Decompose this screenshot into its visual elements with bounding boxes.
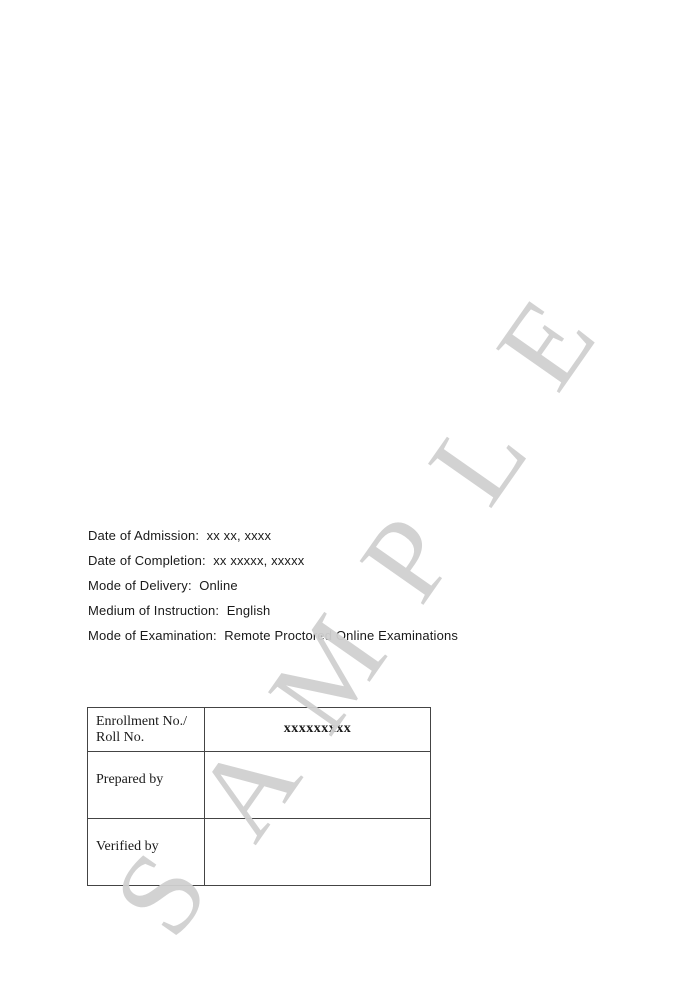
table-row-prepared-by: Prepared by bbox=[88, 752, 431, 819]
detail-date-of-completion: Date of Completion: xx xxxxx, xxxxx bbox=[88, 552, 458, 577]
detail-value: Online bbox=[199, 578, 237, 593]
verified-by-value bbox=[205, 819, 431, 886]
detail-label: Medium of Instruction: bbox=[88, 603, 219, 618]
label-line: Roll No. bbox=[96, 730, 144, 745]
watermark-letter-l: L bbox=[409, 396, 547, 523]
detail-value: English bbox=[227, 603, 271, 618]
enrollment-label: Enrollment No./Roll No. bbox=[88, 708, 205, 752]
detail-medium-of-instruction: Medium of Instruction: English bbox=[88, 602, 458, 627]
prepared-by-value bbox=[205, 752, 431, 819]
document-page: Date of Admission: xx xx, xxxx Date of C… bbox=[0, 0, 695, 995]
detail-mode-of-examination: Mode of Examination: Remote Proctored On… bbox=[88, 627, 458, 652]
table-row-verified-by: Verified by bbox=[88, 819, 431, 886]
detail-label: Mode of Examination: bbox=[88, 628, 217, 643]
detail-label: Date of Admission: bbox=[88, 528, 199, 543]
enrollment-value-cell: xxxxxxxxx bbox=[205, 708, 431, 752]
detail-date-of-admission: Date of Admission: xx xx, xxxx bbox=[88, 527, 458, 552]
watermark-letter-e: E bbox=[477, 281, 615, 408]
detail-mode-of-delivery: Mode of Delivery: Online bbox=[88, 577, 458, 602]
verified-by-label: Verified by bbox=[88, 819, 205, 886]
prepared-by-label: Prepared by bbox=[88, 752, 205, 819]
table-row-enrollment: Enrollment No./Roll No. xxxxxxxxx bbox=[88, 708, 431, 752]
label-line: Enrollment No./ bbox=[96, 714, 187, 729]
detail-label: Mode of Delivery: bbox=[88, 578, 192, 593]
verification-table: Enrollment No./Roll No. xxxxxxxxx Prepar… bbox=[87, 707, 431, 886]
enrollment-number: xxxxxxxxx bbox=[205, 708, 430, 737]
certificate-details: Date of Admission: xx xx, xxxx Date of C… bbox=[88, 527, 458, 652]
detail-value: Remote Proctored Online Examinations bbox=[224, 628, 458, 643]
detail-label: Date of Completion: bbox=[88, 553, 206, 568]
detail-value: xx xx, xxxx bbox=[207, 528, 272, 543]
detail-value: xx xxxxx, xxxxx bbox=[213, 553, 304, 568]
